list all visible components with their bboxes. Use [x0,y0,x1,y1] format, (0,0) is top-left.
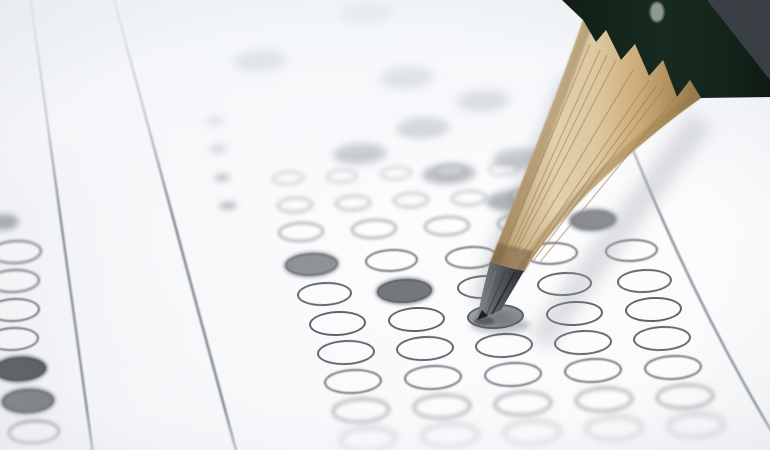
pencil-tip-contact-shadow [474,317,494,325]
pencil [0,0,770,450]
answer-sheet-photo [0,0,770,450]
pencil-highlight [650,2,664,22]
